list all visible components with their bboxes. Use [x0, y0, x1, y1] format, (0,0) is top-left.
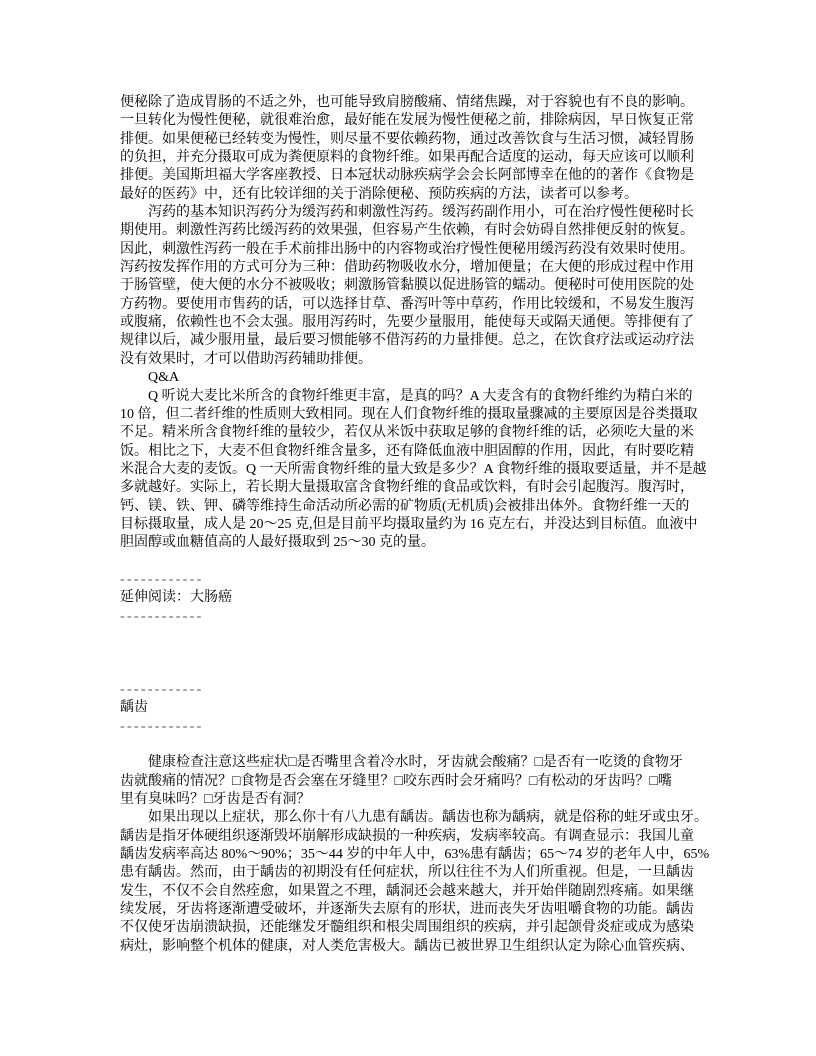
text-line: 10 倍，但二者纤维的性质则大致相同。现在人们食物纤维的摄取量骤减的主要原因是谷…: [120, 406, 712, 424]
text-line: 钙、镁、铁、钾、磷等维持生命活动所必需的矿物质(无机质)会被排出体外。食物纤维一…: [120, 498, 712, 516]
text-line: 一旦转化为慢性便秘，就很难治愈，最好能在发展为慢性便秘之前，排除病因，早日恢复正…: [120, 112, 712, 130]
divider-dash-line: ------------: [120, 608, 712, 626]
text-line: 续发展，牙齿将逐渐遭受破坏，并逐渐失去原有的形状，进而丧失牙齿咀嚼食物的功能。龋…: [120, 901, 712, 919]
text-line: 因此，刺激性泻药一般在手术前排出肠中的内容物或治疗慢性便秘用缓泻药没有效果时使用…: [120, 241, 712, 259]
text-line: 龋齿是指牙体硬组织逐渐毁坏崩解形成缺损的一种疾病，发病率较高。有调查显示：我国儿…: [120, 828, 712, 846]
text-line: 没有效果时，才可以借助泻药辅助排便。: [120, 351, 712, 369]
text-line: 的负担，并充分摄取可成为粪便原料的食物纤维。如果再配合适度的运动，每天应该可以顺…: [120, 149, 712, 167]
text-line: 方药物。要使用市售药的话，可以选择甘草、番泻叶等中草药，作用比较缓和，不易发生腹…: [120, 296, 712, 314]
text-line: 目标摄取量，成人是 20～25 克,但是目前平均摄取量约为 16 克左右，并没达…: [120, 516, 712, 534]
text-line: [120, 553, 712, 571]
text-line: 便秘除了造成胃肠的不适之外，也可能导致肩膀酸痛、情绪焦躁，对于容貌也有不良的影响…: [120, 94, 712, 112]
text-line: 米混合大麦的麦饭。Q 一天所需食物纤维的量大致是多少？A 食物纤维的摄取要适量，…: [120, 461, 712, 479]
text-line: 患有龋齿。然而，由于龋齿的初期没有任何症状，所以往往不为人们所重视。但是，一旦龋…: [120, 864, 712, 882]
text-line: [120, 663, 712, 681]
text-line: 不足。精米所含食物纤维的量较少，若仅从米饭中获取足够的食物纤维的话，必须吃大量的…: [120, 424, 712, 442]
text-line: 胆固醇或血糖值高的人最好摄取到 25～30 克的量。: [120, 534, 712, 552]
text-line: 泻药的基本知识泻药分为缓泻药和刺激性泻药。缓泻药副作用小，可在治疗慢性便秘时长: [120, 204, 712, 222]
text-line: [120, 736, 712, 754]
divider-dash-line: ------------: [120, 681, 712, 699]
text-line: [120, 644, 712, 662]
text-line: 最好的医药》中，还有比较详细的关于消除便秘、预防疾病的方法，读者可以参考。: [120, 186, 712, 204]
text-line: 排便。如果便秘已经转变为慢性，则尽量不要依赖药物，通过改善饮食与生活习惯，减轻胃…: [120, 131, 712, 149]
text-line: 不仅使牙齿崩溃缺损，还能继发牙髓组织和根尖周围组织的疾病，并引起颌骨炎症或成为感…: [120, 919, 712, 937]
document-page: 便秘除了造成胃肠的不适之外，也可能导致肩膀酸痛、情绪焦躁，对于容貌也有不良的影响…: [0, 0, 816, 1056]
text-line: 病灶，影响整个机体的健康，对人类危害极大。龋齿已被世界卫生组织认定为除心血管疾病…: [120, 938, 712, 956]
text-line: 发生，不仅不会自然痊愈，如果置之不理，龋洞还会越来越大，并开始伴随剧烈疼痛。如果…: [120, 883, 712, 901]
document-text-block: 便秘除了造成胃肠的不适之外，也可能导致肩膀酸痛、情绪焦躁，对于容貌也有不良的影响…: [120, 94, 712, 956]
text-line: 排便。美国斯坦福大学客座教授、日本冠状动脉疾病学会会长阿部博幸在他的的著作《食物…: [120, 167, 712, 185]
text-line: 期使用。刺激性泻药比缓泻药的效果强，但容易产生依赖，有时会妨碍自然排便反射的恢复…: [120, 222, 712, 240]
text-line: [120, 626, 712, 644]
text-line: Q&A: [120, 369, 712, 387]
text-line: Q 听说大麦比米所含的食物纤维更丰富，是真的吗？A 大麦含有的食物纤维约为精白米…: [120, 388, 712, 406]
text-line: 多就越好。实际上，若长期大量摄取富含食物纤维的食品或饮料，有时会引起腹泻。腹泻时…: [120, 479, 712, 497]
divider-dash-line: ------------: [120, 718, 712, 736]
text-line: 延伸阅读：大肠癌: [120, 589, 712, 607]
text-line: 饭。相比之下，大麦不但食物纤维含量多，还有降低血液中胆固醇的作用，因此，有时要吃…: [120, 443, 712, 461]
text-line: 里有臭味吗？□牙齿是否有洞？: [120, 791, 712, 809]
text-line: 泻药按发挥作用的方式可分为三种：借助药物吸收水分，增加便量；在大便的形成过程中作…: [120, 259, 712, 277]
text-line: 龋齿: [120, 699, 712, 717]
text-line: 规律以后，减少服用量，最后要习惯能够不借泻药的力量排便。总之，在饮食疗法或运动疗…: [120, 332, 712, 350]
text-line: 龋齿发病率高达 80%～90%；35～44 岁的中年人中，63%患有龋齿；65～…: [120, 846, 712, 864]
text-line: 或腹痛，依赖性也不会太强。服用泻药时，先要少量服用，能使每天或隔天通便。等排便有…: [120, 314, 712, 332]
text-line: 健康检查注意这些症状□是否嘴里含着冷水时，牙齿就会酸痛？□是否有一吃烫的食物牙: [120, 754, 712, 772]
text-line: 齿就酸痛的情况？□食物是否会塞在牙缝里？□咬东西时会牙痛吗？□有松动的牙齿吗？□…: [120, 773, 712, 791]
text-line: 于肠管壁，使大便的水分不被吸收；刺激肠管黏膜以促进肠管的蠕动。便秘时可使用医院的…: [120, 277, 712, 295]
text-line: 如果出现以上症状，那么你十有八九患有龋齿。龋齿也称为龋病，就是俗称的蛀牙或虫牙。: [120, 809, 712, 827]
divider-dash-line: ------------: [120, 571, 712, 589]
